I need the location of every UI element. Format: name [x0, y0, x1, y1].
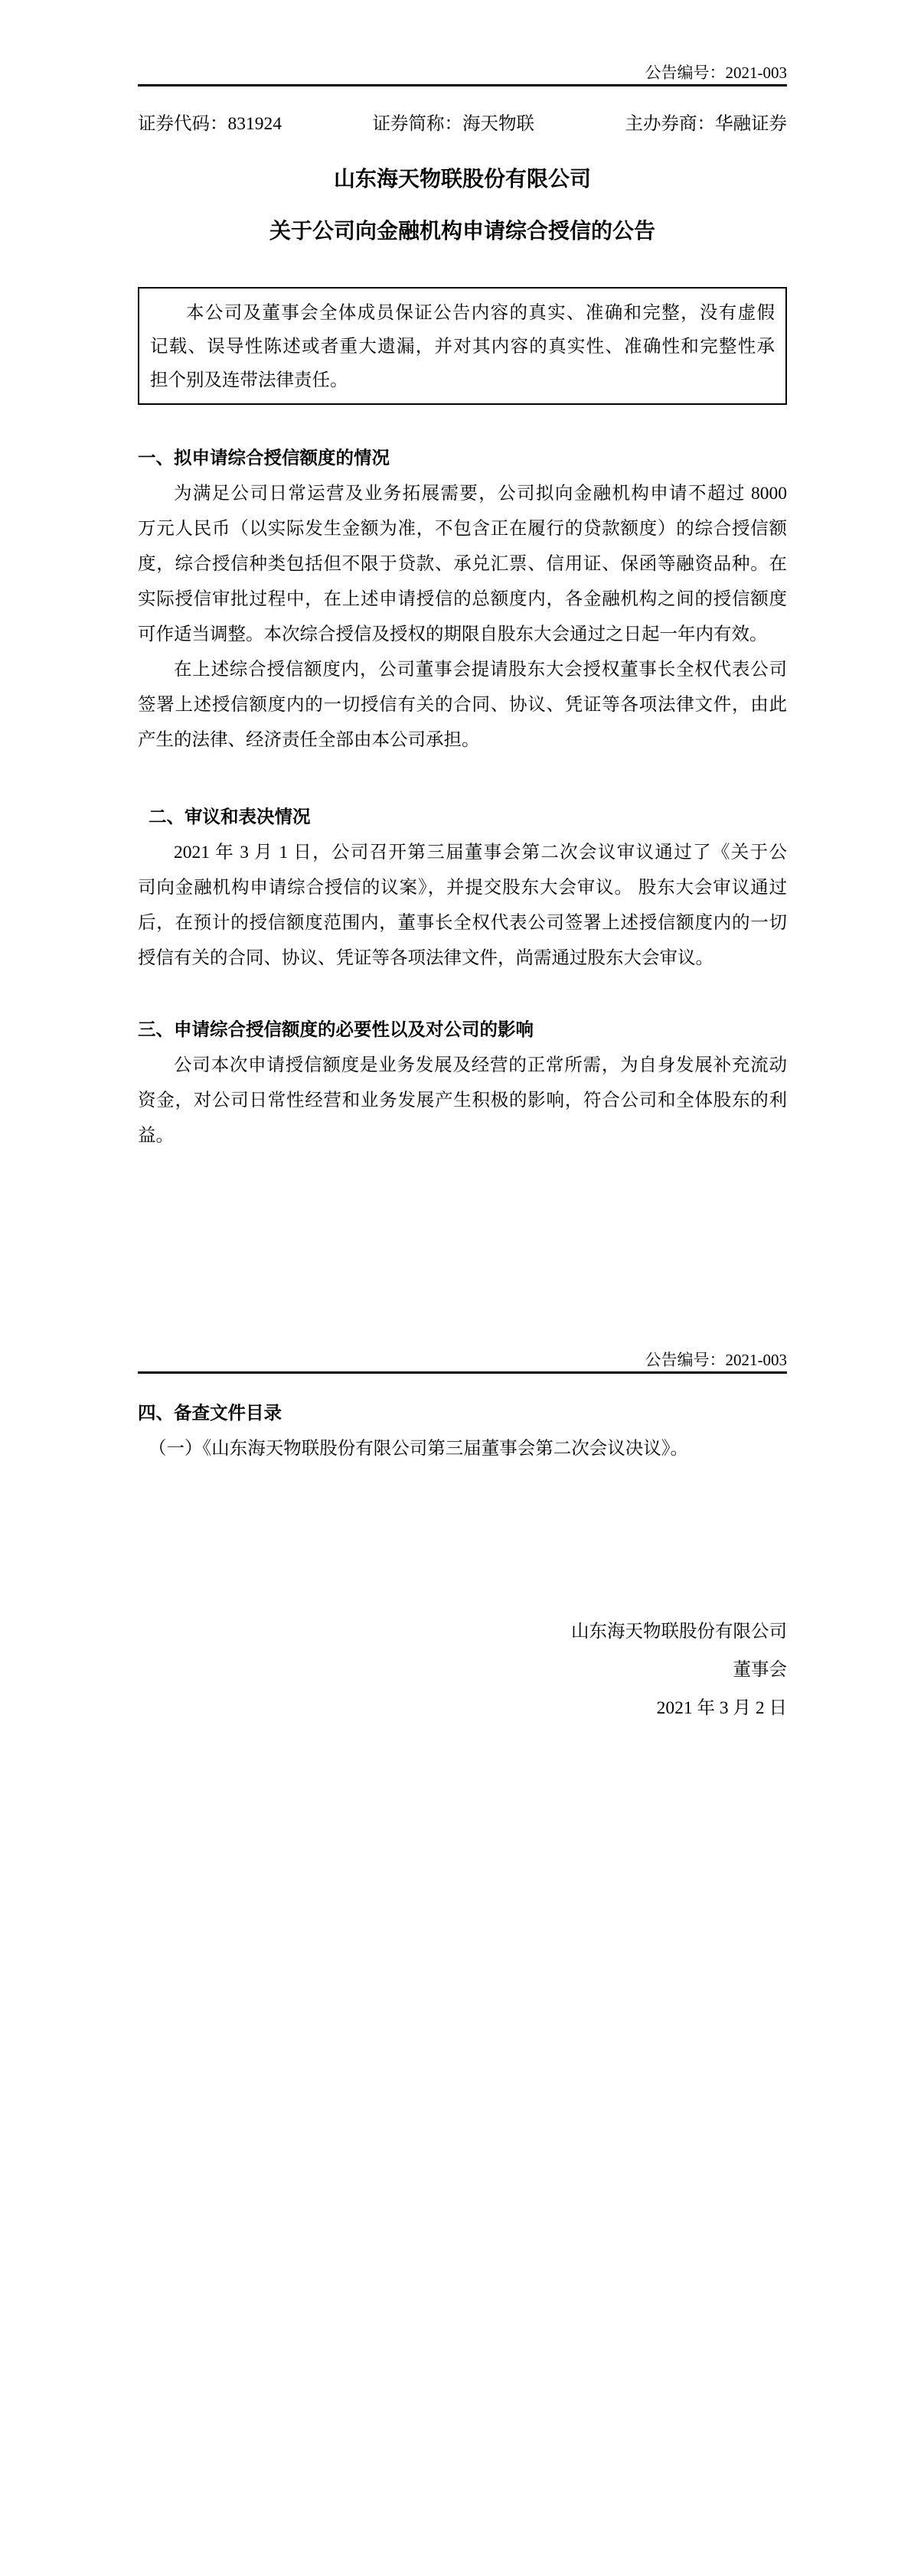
text-line: 2021 年 3 月 1 日，公司召开第三届董事会第二次会议审议通过了《关于公	[138, 835, 787, 870]
text-line: 度，综合授信种类包括但不限于贷款、承兑汇票、信用证、保函等融资品种。在	[138, 546, 787, 582]
section-2-paragraph: 2021 年 3 月 1 日，公司召开第三届董事会第二次会议审议通过了《关于公司…	[138, 835, 787, 976]
text-line: 实际授信审批过程中，在上述申请授信的总额度内，各金融机构之间的授信额度	[138, 582, 787, 617]
stock-code: 证券代码：831924	[138, 112, 282, 135]
announcement-document: 公告编号：2021-003 证券代码：831924 证券简称：海天物联 主办券商…	[138, 0, 787, 1727]
disclaimer-box: 本公司及董事会全体成员保证公告内容的真实、准确和完整，没有虚假记载、误导性陈述或…	[138, 287, 787, 405]
securities-info-bar: 证券代码：831924 证券简称：海天物联 主办券商：华融证券	[138, 112, 787, 135]
section-3-heading: 三、申请综合授信额度的必要性以及对公司的影响	[138, 1012, 787, 1048]
text-line: 可作适当调整。本次综合授信及授权的期限自股东大会通过之日起一年内有效。	[138, 617, 787, 652]
text-line: 在上述综合授信额度内，公司董事会提请股东大会授权董事长全权代表公司	[138, 652, 787, 687]
signature-board: 董事会	[138, 1651, 787, 1689]
page2-header-divider	[138, 1371, 787, 1374]
text-line: 签署上述授信额度内的一切授信有关的合同、协议、凭证等各项法律文件，由此	[138, 687, 787, 722]
text-line: 产生的法律、经济责任全部由本公司承担。	[138, 722, 787, 758]
text-line: 本公司及董事会全体成员保证公告内容的真实、准确和完整，没有虚假	[150, 296, 775, 330]
signature-date: 2021 年 3 月 2 日	[138, 1689, 787, 1727]
text-line: 授信有关的合同、协议、凭证等各项法律文件，尚需通过股东大会审议。	[138, 941, 787, 976]
section-1-paragraph-2: 在上述综合授信额度内，公司董事会提请股东大会授权董事长全权代表公司签署上述授信额…	[138, 652, 787, 758]
company-name-title: 山东海天物联股份有限公司	[138, 166, 787, 194]
sponsor-broker: 主办券商：华融证券	[625, 112, 788, 135]
page2-notice-number: 公告编号：2021-003	[138, 1351, 787, 1369]
section-1-paragraph-1: 为满足公司日常运营及业务拓展需要，公司拟向金融机构申请不超过 8000万元人民币…	[138, 476, 787, 652]
notice-number: 公告编号：2021-003	[138, 0, 787, 82]
section-2-heading: 二、审议和表决情况	[138, 800, 787, 835]
text-line: 担个别及连带法律责任。	[150, 364, 775, 397]
section-1-heading: 一、拟申请综合授信额度的情况	[138, 441, 787, 476]
text-line: 记载、误导性陈述或者重大遗漏，并对其内容的真实性、准确性和完整性承	[150, 330, 775, 364]
text-line: 公司本次申请授信额度是业务发展及经营的正常所需，为自身发展补充流动	[138, 1048, 787, 1083]
text-line: 益。	[138, 1118, 787, 1153]
text-line: 司向金融机构申请综合授信的议案》，并提交股东大会审议。 股东大会审议通过	[138, 870, 787, 905]
header-divider	[138, 84, 787, 86]
signature-block: 山东海天物联股份有限公司 董事会 2021 年 3 月 2 日	[138, 1612, 787, 1727]
stock-short-name: 证券简称：海天物联	[373, 112, 535, 135]
text-line: 为满足公司日常运营及业务拓展需要，公司拟向金融机构申请不超过 8000	[138, 476, 787, 511]
reference-document-item: （一）《山东海天物联股份有限公司第三届董事会第二次会议决议》。	[138, 1431, 787, 1466]
signature-company: 山东海天物联股份有限公司	[138, 1612, 787, 1651]
text-line: 后，在预计的授信额度范围内，董事长全权代表公司签署上述授信额度内的一切	[138, 905, 787, 941]
text-line: 万元人民币（以实际发生金额为准，不包含正在履行的贷款额度）的综合授信额	[138, 511, 787, 546]
section-3-paragraph: 公司本次申请授信额度是业务发展及经营的正常所需，为自身发展补充流动资金，对公司日…	[138, 1048, 787, 1153]
announcement-title: 关于公司向金融机构申请综合授信的公告	[138, 218, 787, 246]
section-4-heading: 四、备查文件目录	[138, 1396, 787, 1431]
text-line: 资金，对公司日常性经营和业务发展产生积极的影响，符合公司和全体股东的利	[138, 1083, 787, 1118]
